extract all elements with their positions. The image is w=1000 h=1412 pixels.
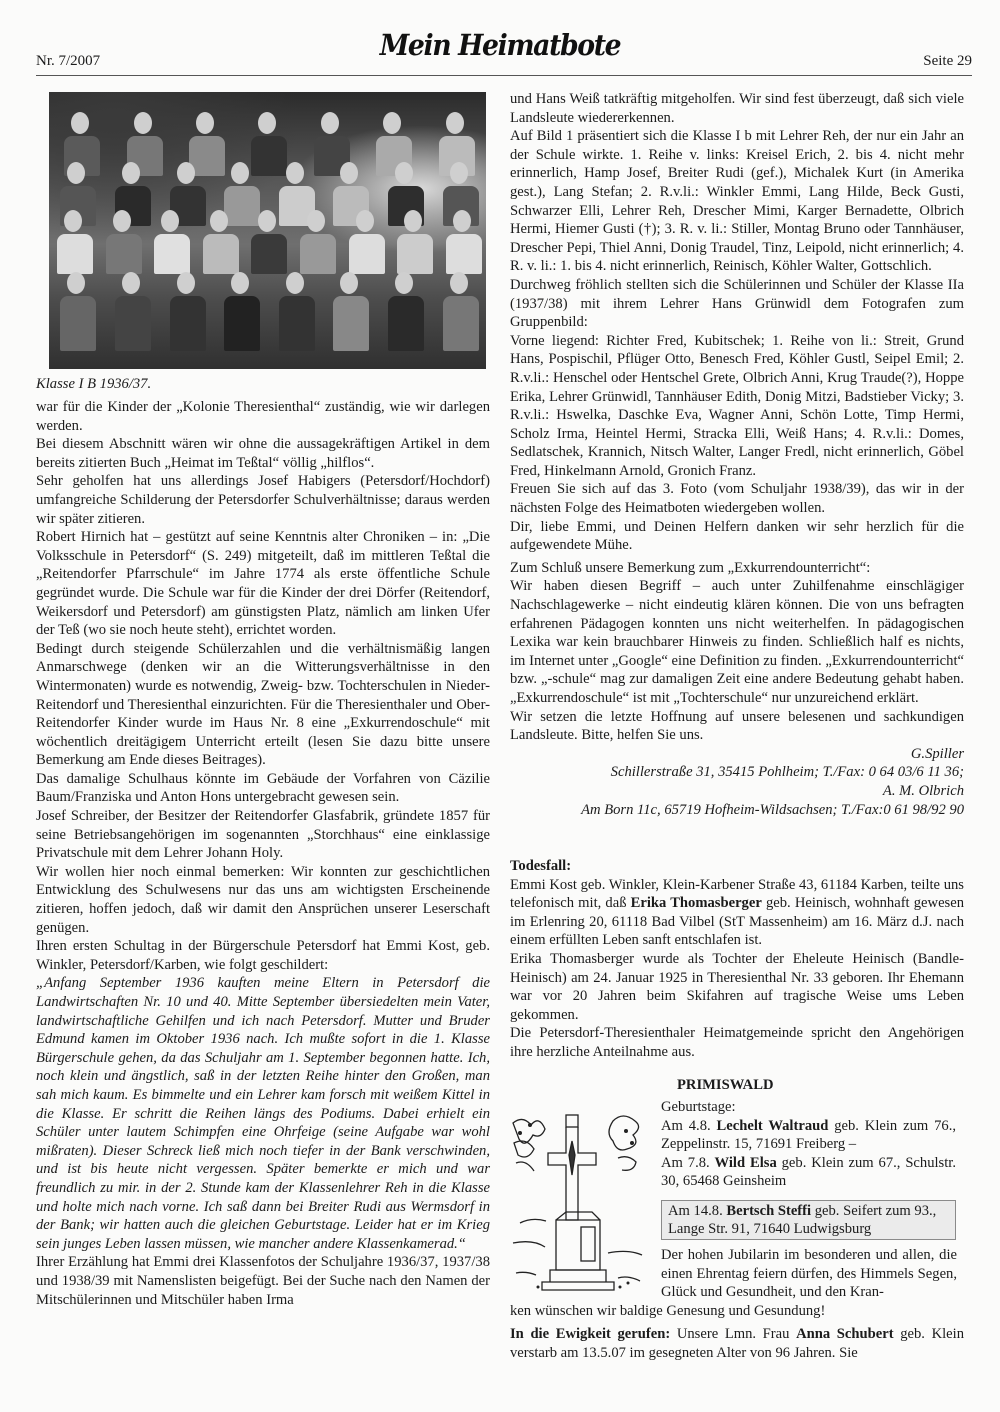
paragraph: Dir, liebe Emmi, und Deinen Helfern dank…	[510, 518, 964, 555]
signature-name: G.Spiller	[510, 745, 964, 764]
birthday-label: Geburtstage:	[661, 1098, 956, 1117]
paragraph: Ihren ersten Schultag in der Bürgerschul…	[36, 937, 490, 974]
wishes-paragraph: Der hohen Jubilarin im besonderen und al…	[661, 1246, 957, 1302]
class-photo	[49, 92, 486, 369]
paragraph: Die Petersdorf-Theresienthaler Heimatgem…	[510, 1024, 964, 1061]
section-heading: Todesfall:	[510, 858, 571, 874]
signature-name: A. M. Olbrich	[510, 782, 964, 801]
deceased-name: Erika Thomasberger	[631, 895, 762, 911]
signature-address: Am Born 11c, 65719 Hofheim-Wildsachsen; …	[510, 801, 964, 820]
masthead-logo: Mein Heimatbote	[40, 28, 960, 62]
paragraph: und Hans Weiß tatkräftig mitgeholfen. Wi…	[510, 90, 964, 127]
paragraph: Zum Schluß unsere Bemerkung zum „Exkurre…	[510, 559, 964, 578]
right-column: und Hans Weiß tatkräftig mitgeholfen. Wi…	[510, 90, 964, 819]
paragraph: Freuen Sie sich auf das 3. Foto (vom Sch…	[510, 480, 964, 517]
obituary-section: Todesfall: Emmi Kost geb. Winkler, Klein…	[510, 857, 964, 1062]
paragraph: Emmi Kost geb. Winkler, Klein-Karbener S…	[510, 876, 964, 950]
paragraph: Robert Hirnich hat – gestützt auf seine …	[36, 528, 490, 640]
paragraph: Erika Thomasberger wurde als Tochter der…	[510, 950, 964, 1024]
wishes-paragraph-end: ken wünschen wir baldige Genesung und Ge…	[510, 1302, 964, 1321]
section-heading: PRIMISWALD	[677, 1077, 774, 1094]
paragraph: Das damalige Schulhaus könnte im Gebäude…	[36, 770, 490, 807]
paragraph: Josef Schreiber, der Besitzer der Reiten…	[36, 807, 490, 863]
paragraph: Vorne liegend: Richter Fred, Kubitschek;…	[510, 332, 964, 481]
birthday-entry: Am 4.8. Lechelt Waltraud geb. Klein zum …	[661, 1117, 956, 1154]
jubilarian-name: Bertsch Steffi	[726, 1203, 811, 1219]
birthday-list: Geburtstage: Am 4.8. Lechelt Waltraud ge…	[661, 1098, 956, 1191]
deceased-name: Anna Schubert	[796, 1326, 893, 1342]
paragraph: Durchweg fröhlich stellten sich die Schü…	[510, 276, 964, 332]
paragraph: Ihrer Erzählung hat Emmi drei Klassenfot…	[36, 1253, 490, 1309]
quote-paragraph: „Anfang September 1936 kauften meine Elt…	[36, 974, 490, 1253]
wayside-cross-illustration	[508, 1103, 648, 1293]
photo-caption: Klasse I B 1936/37.	[36, 376, 151, 393]
section-heading: In die Ewigkeit gerufen:	[510, 1326, 670, 1342]
signature-address: Schillerstraße 31, 35415 Pohlheim; T./Fa…	[510, 763, 964, 782]
birthday-entry: Am 7.8. Wild Elsa geb. Klein zum 67., Sc…	[661, 1154, 956, 1191]
highlighted-birthday-box: Am 14.8. Bertsch Steffi geb. Seifert zum…	[661, 1200, 956, 1240]
paragraph: war für die Kinder der „Kolonie Theresie…	[36, 398, 490, 435]
page-number: Seite 29	[923, 53, 972, 70]
paragraph: Bedingt durch steigende Schülerzahlen un…	[36, 640, 490, 770]
paragraph: Wir wollen hier noch einmal bemerken: Wi…	[36, 863, 490, 937]
header-rule	[36, 75, 972, 76]
paragraph: Bei diesem Abschnitt wären wir ohne die …	[36, 435, 490, 472]
paragraph: Wir setzen die letzte Hoffnung auf unser…	[510, 708, 964, 745]
obituary-notice: In die Ewigkeit gerufen: Unsere Lmn. Fra…	[510, 1325, 964, 1362]
left-column: war für die Kinder der „Kolonie Theresie…	[36, 398, 490, 1309]
paragraph: Sehr geholfen hat uns allerdings Josef H…	[36, 472, 490, 528]
paragraph: Auf Bild 1 präsentiert sich die Klasse I…	[510, 127, 964, 276]
paragraph: Wir haben diesen Begriff – auch unter Zu…	[510, 577, 964, 707]
